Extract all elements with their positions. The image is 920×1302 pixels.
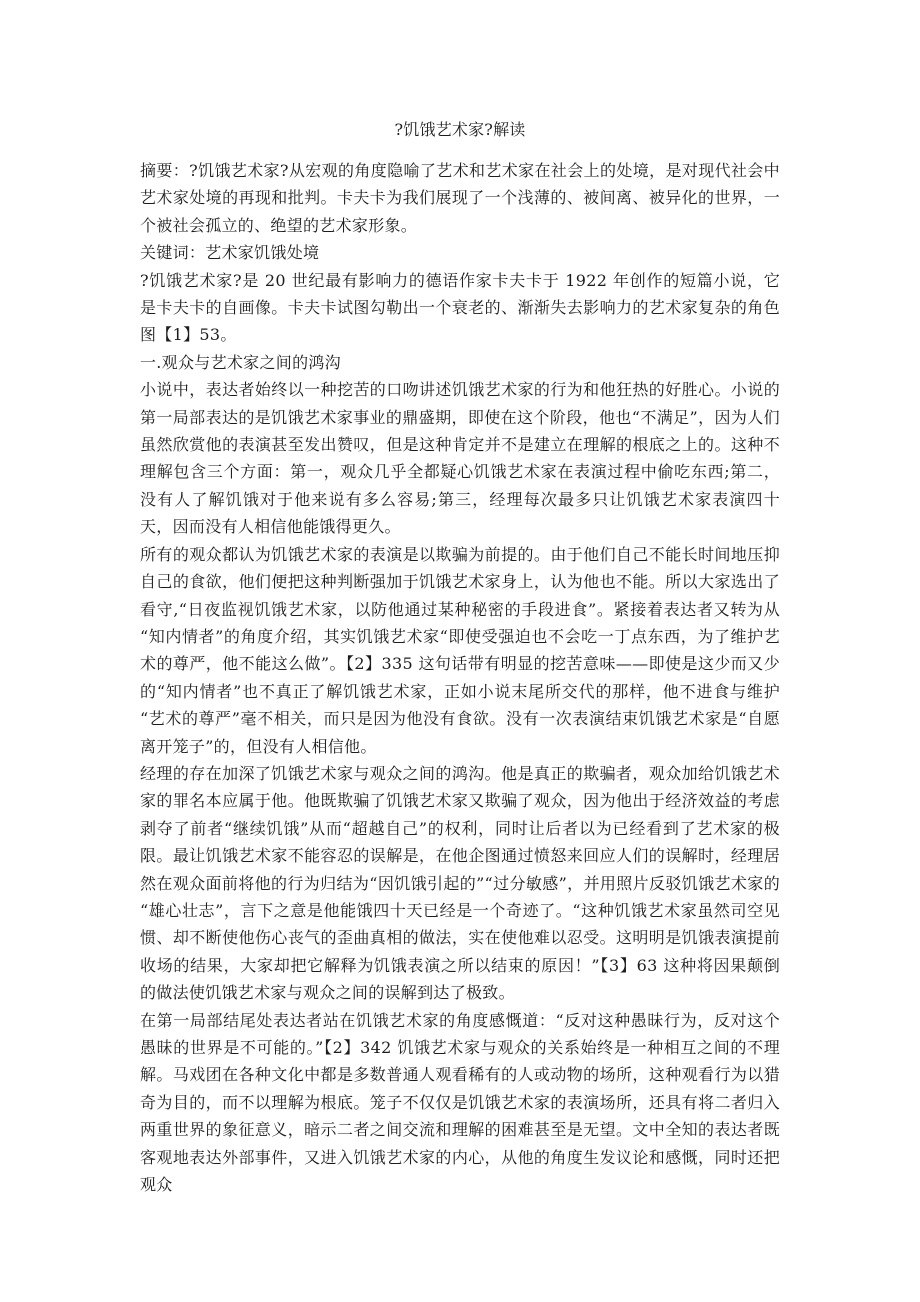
section-1-paragraph-1: 小说中，表达者始终以一种挖苦的口吻讲述饥饿艺术家的行为和他狂热的好胜心。小说的第… <box>140 376 780 540</box>
document-title: ?饥饿艺术家?解读 <box>140 116 780 143</box>
intro-paragraph: ?饥饿艺术家?是 20 世纪最有影响力的德语作家卡夫卡于 1922 年创作的短篇… <box>140 267 780 349</box>
section-1-paragraph-4: 在第一局部结尾处表达者站在饥饿艺术家的角度感慨道：“反对这种愚昧行为，反对这个愚… <box>140 1007 780 1199</box>
section-1-paragraph-2: 所有的观众都认为饥饿艺术家的表演是以欺骗为前提的。由于他们自己不能长时间地压抑自… <box>140 541 780 760</box>
document-page: ?饥饿艺术家?解读 摘要：?饥饿艺术家?从宏观的角度隐喻了艺术和艺术家在社会上的… <box>0 0 920 1302</box>
section-1-heading: 一.观众与艺术家之间的鸿沟 <box>140 349 780 376</box>
abstract-paragraph: 摘要：?饥饿艺术家?从宏观的角度隐喻了艺术和艺术家在社会上的处境，是对现代社会中… <box>140 157 780 239</box>
section-1-paragraph-3: 经理的存在加深了饥饿艺术家与观众之间的鸿沟。他是真正的欺骗者，观众加给饥饿艺术家… <box>140 760 780 1007</box>
document-body: ?饥饿艺术家?解读 摘要：?饥饿艺术家?从宏观的角度隐喻了艺术和艺术家在社会上的… <box>140 116 780 1198</box>
keywords-line: 关键词：艺术家饥饿处境 <box>140 239 780 266</box>
